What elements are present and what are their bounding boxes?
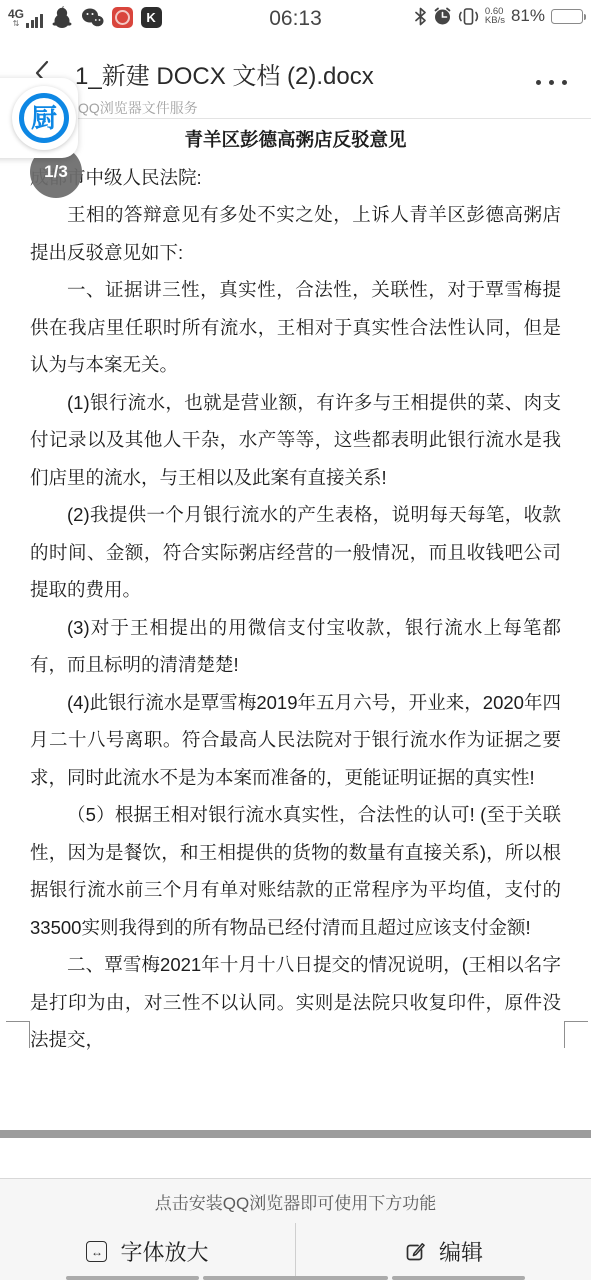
document-title: 青羊区彭德高粥店反驳意见	[30, 121, 561, 159]
document-paragraph: （5）根据王相对银行流水真实性，合法性的认可! (至于关联性，因为是餐饮，和王相…	[30, 796, 561, 946]
document-paragraph: 一、证据讲三性，真实性，合法性，关联性，对于覃雪梅提供在我店里任职时所有流水，王…	[30, 271, 561, 384]
bottom-bar-segment	[203, 1276, 388, 1280]
floating-bubble-card[interactable]: 厨	[0, 78, 78, 158]
battery-percent-label: 81%	[511, 6, 545, 26]
font-enlarge-label: 字体放大	[120, 1236, 208, 1267]
document-page[interactable]: 青羊区彭德高粥店反驳意见 成都市中级人民法院:王相的答辩意见有多处不实之处，上诉…	[0, 119, 591, 1130]
vibrate-icon	[458, 7, 479, 26]
page-corner-mark-right	[564, 1021, 588, 1048]
bubble-ring-icon: 厨	[19, 93, 69, 143]
network-speed: 0.60 KB/s	[485, 7, 505, 26]
document-paragraph: 二、覃雪梅2021年十月十八日提交的情况说明，(王相以名字是打印为由，对三性不以…	[30, 946, 561, 1059]
header-titles: 1_新建 DOCX 文档 (2).docx QQ浏览器文件服务	[75, 56, 511, 118]
toolbar-buttons: ↔ 字体放大 编辑	[0, 1223, 591, 1280]
floating-bubble-button[interactable]: 厨	[12, 86, 76, 150]
bottom-bar-segment	[392, 1276, 525, 1280]
alarm-clock-icon	[433, 7, 452, 26]
document-paragraph: (3)对于王相提出的用微信支付宝收款，银行流水上每笔都有，而且标明的清清楚楚!	[30, 609, 561, 684]
document-paragraph: (4)此银行流水是覃雪梅2019年五月六号，开业来，2020年四月二十八号离职。…	[30, 684, 561, 797]
document-paragraph: 王相的答辩意见有多处不实之处，上诉人青羊区彭德高粥店提出反驳意见如下:	[30, 196, 561, 271]
font-enlarge-button[interactable]: ↔ 字体放大	[0, 1223, 295, 1280]
document-paragraph: 成都市中级人民法院:	[30, 159, 561, 197]
bluetooth-icon	[414, 7, 427, 26]
status-bar: 4G ⇅ K 06:13	[0, 0, 591, 38]
edit-icon	[404, 1241, 426, 1263]
status-bar-right: 0.60 KB/s 81%	[414, 6, 583, 26]
document-paragraph: (2)我提供一个月银行流水的产生表格，说明每天每笔，收款的时间、金额，符合实际粥…	[30, 496, 561, 609]
phone-screen: 4G ⇅ K 06:13	[0, 0, 591, 1280]
font-resize-icon: ↔	[86, 1241, 107, 1262]
document-paragraph: (1)银行流水，也就是营业额，有许多与王相提供的菜、肉支付记录以及其他人干杂，水…	[30, 384, 561, 497]
bubble-glyph: 厨	[31, 105, 57, 131]
battery-icon	[551, 9, 583, 24]
bottom-bar-segment	[66, 1276, 199, 1280]
more-menu-button[interactable]	[536, 80, 567, 85]
edit-label: 编辑	[439, 1236, 483, 1267]
document-body: 成都市中级人民法院:王相的答辩意见有多处不实之处，上诉人青羊区彭德高粥店提出反驳…	[30, 159, 561, 1059]
bottom-toolbar: 点击安装QQ浏览器即可使用下方功能 ↔ 字体放大 编辑	[0, 1178, 591, 1280]
install-banner[interactable]: 点击安装QQ浏览器即可使用下方功能	[0, 1189, 591, 1214]
network-speed-unit: KB/s	[485, 16, 505, 26]
document-header: 1_新建 DOCX 文档 (2).docx QQ浏览器文件服务	[0, 38, 591, 119]
page-separator	[0, 1130, 591, 1138]
page-corner-mark-left	[6, 1021, 30, 1048]
edit-button[interactable]: 编辑	[296, 1223, 591, 1280]
file-title: 1_新建 DOCX 文档 (2).docx	[75, 56, 511, 91]
file-service-subtitle: QQ浏览器文件服务	[78, 98, 511, 118]
